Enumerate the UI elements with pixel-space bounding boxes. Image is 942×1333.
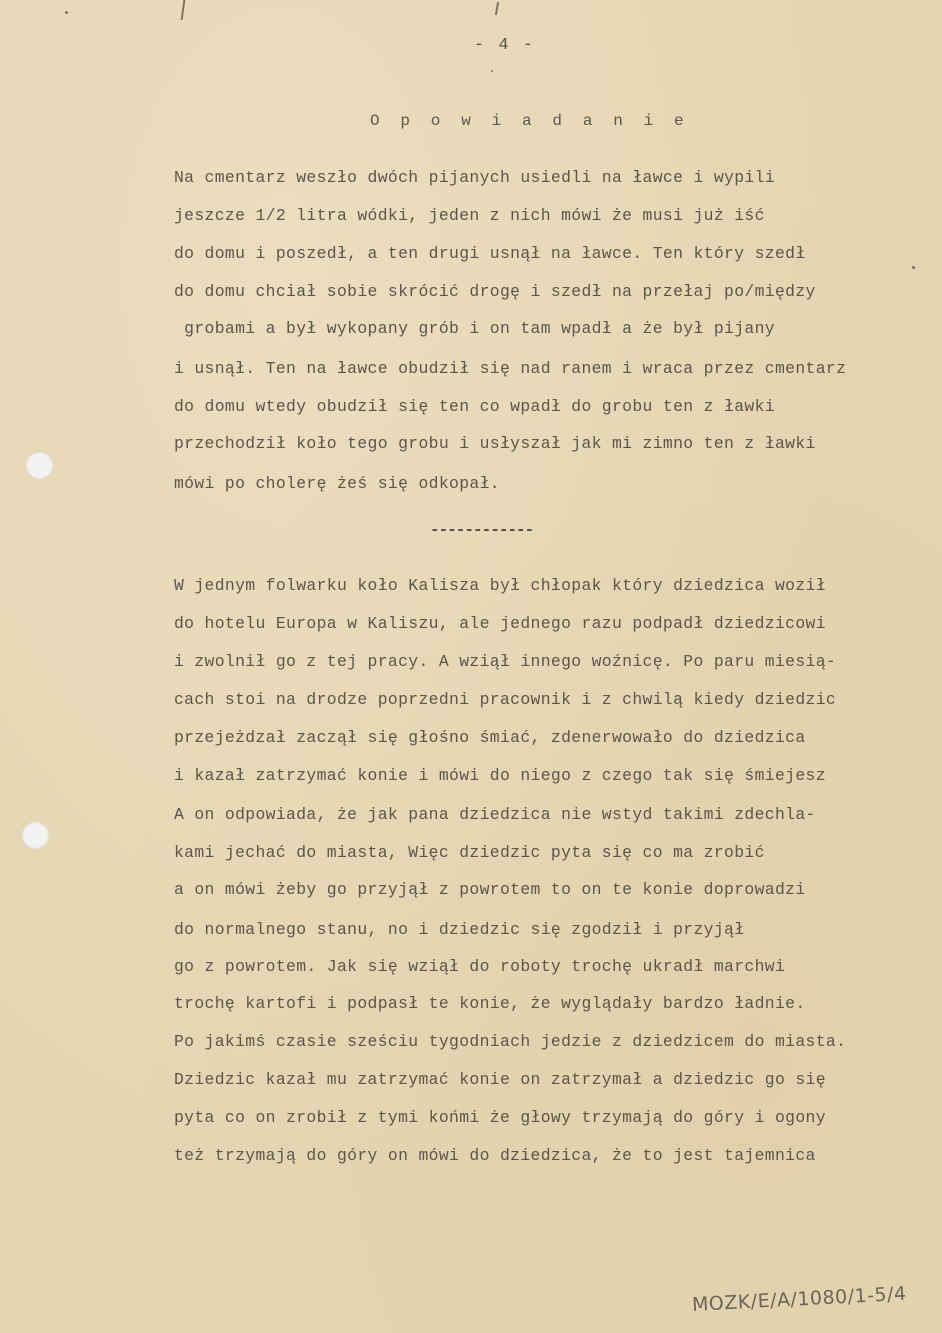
text-line: a on mówi żeby go przyjął z powrotem to … [174, 880, 806, 899]
text-line: do normalnego stanu, no i dziedzic się z… [174, 920, 744, 939]
text-line: A on odpowiada, że jak pana dziedzica ni… [174, 805, 816, 824]
text-line: przejeżdzał zaczął się głośno śmiać, zde… [174, 728, 806, 747]
document-title: O p o w i a d a n i e [370, 112, 689, 130]
text-line: grobami a był wykopany grób i on tam wpa… [174, 319, 775, 338]
text-line: przechodził koło tego grobu i usłyszał j… [174, 434, 816, 453]
text-line: Na cmentarz weszło dwóch pijanych usiedl… [174, 168, 775, 187]
punch-hole-bottom [22, 822, 49, 849]
text-line: pyta co on zrobił z tymi końmi że głowy … [174, 1108, 826, 1127]
paper-speck [491, 70, 493, 72]
paper-mark [495, 2, 499, 15]
text-line: też trzymają do góry on mówi do dziedzic… [174, 1146, 816, 1165]
text-line: do hotelu Europa w Kaliszu, ale jednego … [174, 614, 826, 633]
document-page: - 4 - O p o w i a d a n i e Na cmentarz … [0, 0, 942, 1333]
text-line: trochę kartofi i podpasł te konie, że wy… [174, 994, 806, 1013]
text-line: i zwolnił go z tej pracy. A wziął innego… [174, 652, 836, 671]
text-line: W jednym folwarku koło Kalisza był chłop… [174, 576, 826, 595]
paper-mark [181, 0, 186, 20]
text-line: go z powrotem. Jak się wziął do roboty t… [174, 957, 785, 976]
section-separator: ------------ [430, 521, 533, 539]
text-line: mówi po cholerę żeś się odkopał. [174, 474, 500, 493]
text-line: Dziedzic kazał mu zatrzymać konie on zat… [174, 1070, 826, 1089]
paper-speck [65, 11, 68, 14]
text-line: i kazał zatrzymać konie i mówi do niego … [174, 766, 826, 785]
archive-reference: MOZK/E/A/1080/1-5/4 [691, 1283, 907, 1316]
page-number: - 4 - [474, 36, 535, 55]
text-line: kami jechać do miasta, Więc dziedzic pyt… [174, 843, 765, 862]
text-line: jeszcze 1/2 litra wódki, jeden z nich mó… [174, 206, 765, 225]
text-line: do domu wtedy obudził się ten co wpadł d… [174, 397, 775, 416]
paper-speck [912, 266, 915, 269]
text-line: Po jakimś czasie sześciu tygodniach jedz… [174, 1032, 846, 1051]
text-line: i usnął. Ten na ławce obudził się nad ra… [174, 359, 846, 378]
punch-hole-top [26, 452, 53, 479]
text-line: do domu chciał sobie skrócić drogę i sze… [174, 282, 816, 301]
text-line: do domu i poszedł, a ten drugi usnął na … [174, 244, 806, 263]
text-line: cach stoi na drodze poprzedni pracownik … [174, 690, 836, 709]
